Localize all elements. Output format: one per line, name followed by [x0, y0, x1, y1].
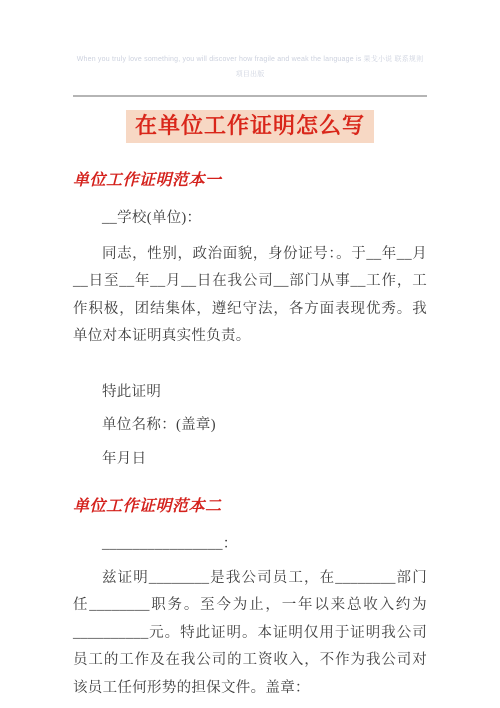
section-1-closing: 特此证明 [73, 379, 427, 407]
section-1-unit-name-seal: 单位名称：(盖章) [73, 412, 427, 440]
document-page: When you truly love something, you will … [0, 0, 500, 708]
section-1-body: 同志，性别，政治面貌，身份证号：。于__年__月__日至__年__月__日在我公… [73, 241, 427, 351]
header-divider [73, 95, 427, 97]
section-1-date: 年月日 [73, 446, 427, 474]
section-1-heading: 单位工作证明范本一 [73, 171, 427, 191]
section-1-salutation: __学校(单位)： [73, 205, 427, 233]
watermark: When you truly love something, you will … [73, 52, 427, 82]
page-title: 在单位工作证明怎么写 [126, 110, 374, 143]
section-2-heading: 单位工作证明范本二 [73, 497, 427, 517]
section-2-body: 兹证明________是我公司员工，在________部门任________职务… [73, 565, 427, 703]
title-container: 在单位工作证明怎么写 [73, 110, 427, 143]
watermark-line-2: 项目出版 [73, 67, 427, 82]
section-2-salutation-blank: ________________： [73, 531, 427, 559]
watermark-line-1: When you truly love something, you will … [73, 52, 427, 67]
